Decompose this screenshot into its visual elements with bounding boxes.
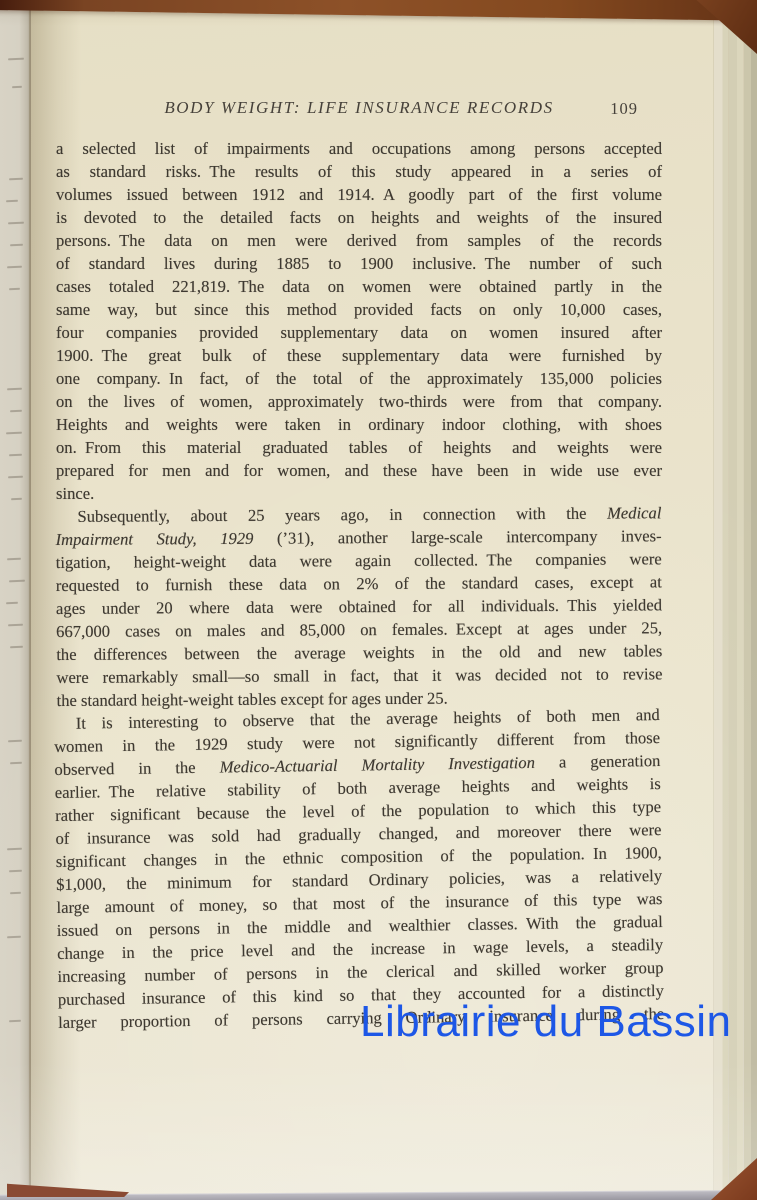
facing-page-text-fragment [9, 288, 20, 291]
facing-page-text-fragment [9, 178, 23, 181]
facing-page-text-fragment [11, 498, 22, 501]
facing-page-text-fragment [9, 580, 25, 583]
facing-page-text-fragment [7, 848, 22, 851]
text-line: on the lives of women, approximately two… [56, 390, 662, 413]
facing-page-text-fragment [10, 244, 23, 247]
text-segment: volumes issued between 1912 and 1914. A … [56, 185, 662, 204]
facing-page-text-fragment [8, 740, 22, 743]
running-head: BODY WEIGHT: LIFE INSURANCE RECORDS 109 [56, 98, 662, 122]
text-segment: prepared for men and for women, and thes… [56, 461, 662, 480]
text-line: prepared for men and for women, and thes… [56, 459, 662, 482]
facing-page-text-fragment [10, 410, 22, 413]
page-title: BODY WEIGHT: LIFE INSURANCE RECORDS [56, 98, 662, 118]
text-line: a selected list of impairments and occup… [56, 137, 662, 160]
book-cover-top-edge [0, 0, 757, 21]
facing-page-text-fragment [6, 432, 22, 435]
text-segment: were remarkably small—so small in fact, … [56, 664, 662, 687]
text-segment: tigation, height-weight data were again … [56, 549, 662, 572]
paragraph: Subsequently, about 25 years ago, in con… [55, 501, 662, 712]
text-segment: Subsequently, about 25 years ago, in con… [77, 504, 607, 526]
facing-page-text-fragment [7, 388, 22, 391]
facing-page-text-fragment [8, 624, 23, 627]
text-line: were remarkably small—so small in fact, … [56, 662, 662, 689]
body-text: a selected list of impairments and occup… [56, 137, 662, 1034]
text-segment: Heights and weights were taken in ordina… [56, 415, 662, 434]
text-segment: a selected list of impairments and occup… [56, 139, 662, 158]
text-segment: persons. The data on men were derived fr… [56, 231, 662, 250]
text-segment: 667,000 cases on males and 85,000 on fem… [56, 618, 662, 641]
facing-page-text-fragment [10, 646, 23, 649]
text-line: four companies provided supplementary da… [56, 321, 662, 344]
text-segment: four companies provided supplementary da… [56, 323, 662, 342]
text-segment: observed in the [54, 758, 219, 779]
facing-page-text-fragment [7, 936, 21, 939]
facing-page-edge [0, 0, 31, 1200]
page-number: 109 [610, 99, 638, 119]
facing-page-text-fragment [8, 476, 23, 479]
text-segment: one company. In fact, of the total of th… [56, 369, 662, 388]
text-segment: as standard risks. The results of this s… [56, 162, 662, 181]
text-line: persons. The data on men were derived fr… [56, 229, 662, 252]
facing-page-text-fragment [7, 558, 21, 561]
facing-page-text-fragment [10, 762, 22, 765]
facing-page-text-fragment [8, 222, 24, 225]
text-line: cases totaled 221,819. The data on women… [56, 275, 662, 298]
facing-page-text-fragment [9, 1020, 21, 1023]
facing-page-text-fragment [6, 200, 18, 203]
text-segment: since. [56, 484, 94, 503]
text-segment: ages under 20 where data were obtained f… [56, 595, 662, 618]
italic-text: Impairment Study, 1929 [56, 529, 254, 549]
text-line: on. From this material graduated tables … [56, 436, 662, 459]
italic-text: Medico-Actuarial Mortality Investigation [219, 753, 535, 777]
text-line: same way, but since this method provided… [56, 298, 662, 321]
facing-page-text-fragment [10, 892, 21, 895]
facing-page-text-fragment [6, 602, 18, 605]
text-segment: cases totaled 221,819. The data on women… [56, 277, 662, 296]
text-segment: of standard lives during 1885 to 1900 in… [56, 254, 662, 273]
italic-text: Medical [607, 503, 661, 522]
text-segment: is devoted to the detailed facts on heig… [56, 208, 662, 227]
facing-page-text-fragment [8, 58, 24, 61]
facing-page-text-fragment [9, 454, 22, 457]
paragraph: a selected list of impairments and occup… [56, 137, 662, 505]
text-segment: 1900. The great bulk of these supplement… [56, 346, 662, 365]
book-page-photo: BODY WEIGHT: LIFE INSURANCE RECORDS 109 … [0, 0, 757, 1200]
text-segment: requested to furnish these data on 2% of… [56, 572, 662, 595]
text-segment: on. From this material graduated tables … [56, 438, 662, 457]
text-segment: the differences between the average weig… [56, 641, 662, 664]
facing-page-text-fragment [7, 266, 22, 269]
text-segment: same way, but since this method provided… [56, 300, 662, 319]
text-line: one company. In fact, of the total of th… [56, 367, 662, 390]
text-line: volumes issued between 1912 and 1914. A … [56, 183, 662, 206]
text-line: as standard risks. The results of this s… [56, 160, 662, 183]
text-segment: a generation [535, 751, 661, 772]
facing-page-text-fragment [9, 870, 22, 873]
facing-page-text-fragment [12, 86, 22, 89]
text-line: Heights and weights were taken in ordina… [56, 413, 662, 436]
bookseller-watermark: Librairie du Bassin [360, 997, 731, 1047]
text-segment: on the lives of women, approximately two… [56, 392, 662, 411]
text-segment: (’31), another large-scale intercompany … [253, 526, 661, 547]
text-line: of standard lives during 1885 to 1900 in… [56, 252, 662, 275]
text-line: is devoted to the detailed facts on heig… [56, 206, 662, 229]
paragraph: It is interesting to observe that the av… [54, 703, 665, 1034]
text-line: 1900. The great bulk of these supplement… [56, 344, 662, 367]
